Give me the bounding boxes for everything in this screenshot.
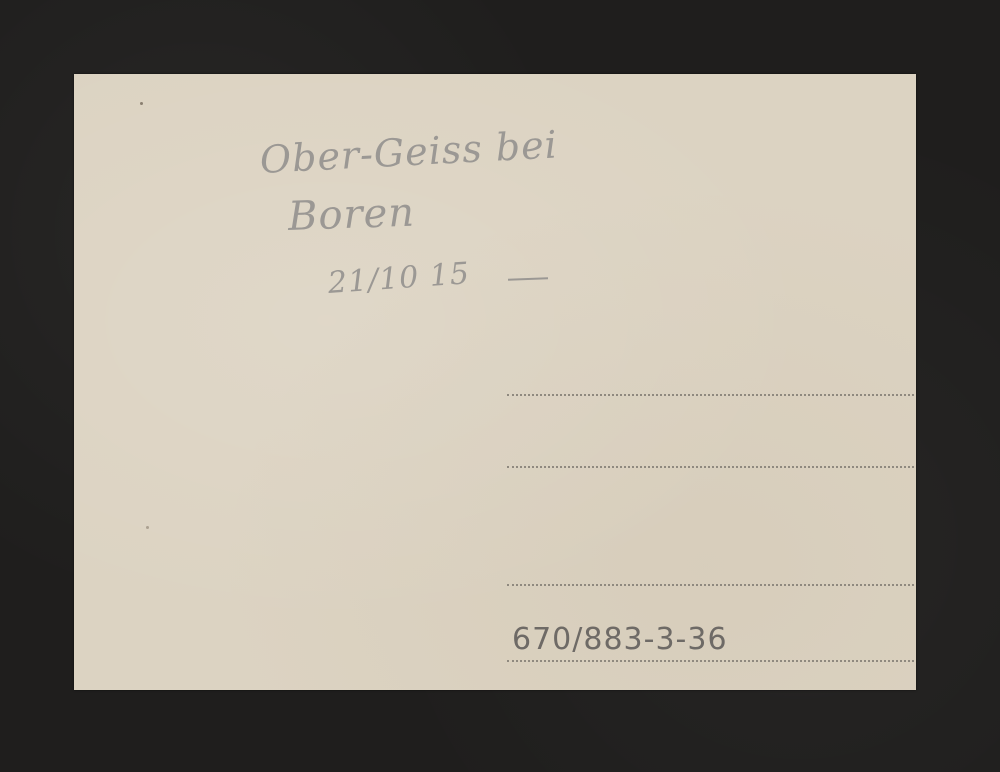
postcard-back: Ober-Geiss bei Boren 21/10 15 670/883-3-… bbox=[74, 74, 916, 690]
handwritten-location-line-2: Boren bbox=[287, 190, 416, 240]
address-line-2 bbox=[507, 466, 914, 468]
archive-reference-number: 670/883-3-36 bbox=[512, 622, 728, 657]
handwritten-date: 21/10 15 bbox=[327, 256, 471, 301]
date-underline-dash bbox=[508, 277, 548, 280]
paper-speck bbox=[140, 102, 143, 105]
paper-speck bbox=[146, 526, 149, 529]
address-line-1 bbox=[507, 394, 914, 396]
address-line-4 bbox=[507, 660, 914, 662]
address-line-3 bbox=[507, 584, 914, 586]
handwritten-location-line-1: Ober-Geiss bei bbox=[259, 122, 559, 182]
